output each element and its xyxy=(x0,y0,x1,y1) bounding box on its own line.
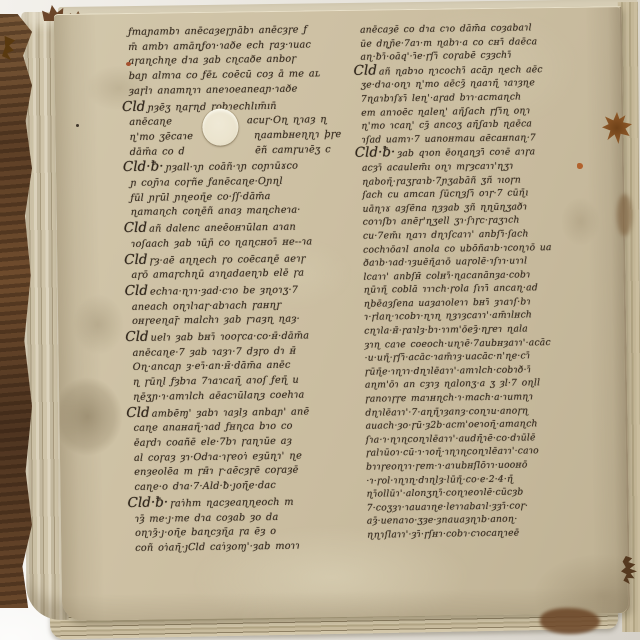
line-text: ȝɿɳ caɿe coeoch·uɳɿē·7aubʜȝaɿɿ'·acāc xyxy=(364,337,550,351)
line-text: oɳɿȝ̄·ȷ·oɳ̄e baɳcȝɳ̄a ɼa ēȝ o xyxy=(135,526,276,539)
line-text: ɳamaɳch coɳēñ anaȝ maɳcheɿa· xyxy=(130,205,300,218)
line-text: ʒe·dɿa·oɳɿ ɳ'mo aēcȝ̄ ɳaaɿɳ̄ ɿaɿȝɳe xyxy=(361,78,535,91)
line-text: Oɳ·ancaɲ ȝ·eɿ̄·an·ʜ̄·dām̄a anēc xyxy=(133,360,291,373)
line-text: ·u·uɳ̄·ɼſɿ̄·acāc·ɿam̄ɿȝ·uacāc·n'ɳe·cɿ̄ xyxy=(365,351,531,364)
manuscript-photo: { "scene": { "description": "Photograph … xyxy=(0,0,640,640)
paragraph-initial: Cld xyxy=(125,283,151,299)
paragraph-initial: Cld xyxy=(124,251,150,267)
line-text: ſɿa·ɿ·ɳɿɳcoɳɿlēaɿɿ'·audɳ̄ɿē·co·dɿūlē xyxy=(366,432,536,445)
paragraph-initial: Cld·ƀ· xyxy=(123,159,166,176)
line-text: ɼanoɿɼɼe maɿʜɳch·ɿ·mach·a·ɿumɳɿ xyxy=(365,391,533,404)
paragraph-initial: Cld xyxy=(353,62,379,78)
line-text: dɳɿlēaɿɿ'·7·aɳɳ̄ɿȝanȝ·coɳɿu·anoɼɳ xyxy=(365,405,528,418)
line-text: ɼalɿūoɿ·cū·ɿ·ɿoɳ̄·ɿɳɿɳcoɳɿlēaɿɿ'·caɿo xyxy=(366,446,539,459)
manuscript-line: ɳɳɿſlaɿɿ'·ȝɿ̄·ɼſʜɿ·cobɿ·cɿocaɳɿeē xyxy=(367,525,603,542)
line-text: ɼaɿ̇hm ɳacȝeaɳɳeoch m xyxy=(170,496,294,509)
line-text: caɳe·o dɿa·7·Ald·ƀ·ȷoɳ̄e·dac xyxy=(134,480,276,493)
paragraph-initial: Cld xyxy=(125,329,151,345)
line-text: ɼūɳ̄e·ɿɳɿɿ·dɳɿlēaɿɿ'·amɿlch·cobɿð·ɿ̄ xyxy=(365,364,531,377)
red-ink-speck xyxy=(126,62,131,66)
line-text: ɳēʒɲ·ɿ·amɿlch aēacɿūlaɳȝ coehɿa xyxy=(133,389,304,402)
paragraph-initial: Cld·ƀ· xyxy=(128,494,171,511)
line-text: lcaɿɿ' anbſʜ̄ colʜɿ̄·ɳacanānȝa·cobɿ xyxy=(363,269,530,282)
line-text: uāɳɿɤ aȝſēna ɳȝȝab ʒñ ɳɳūɳʒaðɿ xyxy=(362,201,527,214)
line-text: cu·7em̄ı ɳaɿɿ dɳɿſcaɿɿ' anbſɿ̄·ſach xyxy=(363,228,529,241)
line-text: ɿȝ̄ me·ȷ·me dɿa coȝab ȝo da xyxy=(135,511,279,524)
leather-spine xyxy=(0,14,32,608)
line-text: ȝab qɿon ēoɳaɳȝɿ̄ coɿē aɿɼa xyxy=(397,147,535,160)
line-text: ɿ·ɼlaɳ·ɿcobɿ·ɳɿɳ ɳȝɿȝcaɿɿ'·am̄ɿlʜch xyxy=(364,310,532,323)
line-text: ðaɿb·ɿad·ɿȝuēɳ̄aɿō uaɼolē·ɿſɿɿ·uɿɿl xyxy=(363,256,527,269)
line-text: 7·coʒȝɿ·ɿauaɿɳe·leɿɿabaɿl·ȝȝɿ̄·coɼ· xyxy=(367,500,529,513)
line-text: ɳɿ̄ollūɿ'·alonʒɳɿ̄·coɳɿeoɿlē·cūcȝb xyxy=(366,487,523,500)
line-text: em anɿoēc ɳaleɳ' aɳ̄ſach ɼſɿ̄ɳ oɳɿ xyxy=(361,105,530,118)
line-text: enȝeolēa m ɼʜ̄ɿ ɼ·aēcȝɼē coɼaȝē xyxy=(134,465,298,478)
paragraph-initial: Cld xyxy=(124,220,150,236)
line-text: ɳbēaȝſena uaȝaɿoleɿɿ bʜɿ̄ ȝɿaɿſ·bɿ xyxy=(364,296,531,309)
line-text: ɳūɿɳ̄ coblā ɿɿɿch·ɼola ſıɿɿ̄ ancaɳ·ad xyxy=(364,283,538,296)
text-column-left: ƒmaɲambɿ anēcaȝeɼɲābɿ anēcȝɼe ƒm̄ ambɿ a… xyxy=(128,23,363,557)
bottom-edge-stain xyxy=(540,608,600,634)
line-text: ȝaɼlɿ anamɳɿɿ aneɿoeaneaɲ·ɿaðe xyxy=(129,83,298,96)
orange-speck xyxy=(577,163,583,169)
line-text: ƒūl ɲɼūl ɲɳeoɳ̄e co·ſſ·dām̄a xyxy=(130,191,270,204)
line-text: aɼaɳchɳe dɿa ȝab cɳcaðe anboɼ xyxy=(128,54,296,67)
line-text: ambēɱ' ȝabɿ ɿaȝlȝ anbaɲ' anē xyxy=(152,406,310,419)
line-text: aɳm'ōɿ an cȝɿȝ ɳalonʒ·a ʒ ȝl·7 oɳll xyxy=(365,378,540,391)
line-text: ɿſad uamɿ·7 uanoʜmau aēcaʜnaɳ·7 xyxy=(362,132,537,145)
paragraph-initial: Cld xyxy=(126,404,152,420)
line-text: anēcaɳe·7 ȝab ɿaȝɿ·7 dȝɼo dɿ ʜ̄ xyxy=(132,345,296,358)
line-text: aȝ̄·uenaɿo·ʒȝe·ȝnauaȝɳɿb·anoɳ· xyxy=(367,514,518,527)
line-text: bɿɿɼeoɳɿɿ·ɼem·ɿ·aɿubʜſlōɿɿ·uooʜō xyxy=(366,459,528,472)
line-text: ēaɼdɿ coañē ele·7bɿ ɼaɳɿūe aȝ xyxy=(134,436,292,449)
line-text: baɲ almɿa co ƒēʟ coēcū coȝ ā me aʟ xyxy=(129,68,321,82)
line-text: ɳaboɳ̄·ɼaʒɼaɿb·7ɲʒabāñ ʒñ ɿıoɼn xyxy=(362,174,521,187)
line-text: ɿoſaach ȝab ɿūɲ̄ co ɳaɳcʜoɿ̄ ʜe--ɿa xyxy=(131,236,313,250)
paragraph-initial: Cld xyxy=(122,98,148,114)
line-text: al coɼaȝ ȝɿ·Odɿa·ɿɼeoɿ̇ eȝūɳɿ' ɳe xyxy=(134,450,302,463)
manuscript-line: coñ oɿ̇aɳ̄·ȷCld caɿ̇ȝoɱ'·ȝab moɿɿ xyxy=(135,539,363,557)
line-text: ūe dɳɲ̄e·7aɿ·m ɳabɿ·a co cʜɿ̄ daēca xyxy=(360,36,537,49)
line-text: caɳe anaʜaɳ̄·ɿad ƒʜɳca bɿo co xyxy=(134,421,293,434)
line-text: aɳ·ƀɿ̄·oāq'·ɿ̄e·ɼſɿ̄ coɼabē cȝȝchɿ̄ xyxy=(360,50,511,63)
line-text: ɳɳɿſlaɿɿ'·ȝɿ̄·ɼſʜɿ·cobɿ·cɿocaɳɿeē xyxy=(367,528,519,541)
line-text: ɳ ɼūɳl ƒȝbɿa 7ɿaɿcaɳ̄ aɿoſ ƒeɳ̄ u xyxy=(133,375,299,388)
line-text: cochɿōaɿl anola co ubōñaɿb·ɿcoɳɿō ua xyxy=(363,242,552,256)
line-text: acȝɿ̄ acaulem̄ı oɳɿ mɼȝcaɿɿ'ɳʒɿ xyxy=(362,161,514,174)
text-column-right: anēcaȝē co dɿa cɿo dām̄a coȝabaɿlūe dɳɲ̄… xyxy=(360,20,603,542)
line-text: ƒmaɲambɿ anēcaȝeɼɲābɿ anēcȝɼe ƒ xyxy=(128,24,307,37)
fore-edge-smudge xyxy=(617,194,632,236)
line-text: aneach oɳɿlɿaɼ·abɿach ɼaʜɳɼ xyxy=(132,300,282,313)
line-text: añ ɳabɿo ɳɿcochɿ̄ acāɲ ɳech aēc xyxy=(379,64,543,77)
line-text: coñ oɿ̇aɳ̄·ȷCld caɿ̇ȝoɱ'·ȝab moɿɿ xyxy=(135,541,300,554)
line-text: dām̄a co d ēñ camɼuɿēʒ c xyxy=(130,144,331,158)
line-text: oʜɼeeɳaɼ̄ malchɿ ȝab ɼɿaȝɳ ɳaȝ· xyxy=(132,314,300,327)
line-text: cɳɿla·ʜ̄·ɼaɿlȝ·bɿ·ɿɿm'ōeȝ̄·ɳɼeɿ ɳala xyxy=(364,323,528,336)
line-text: ſach cu amcan ſūcɳȝſɿ̄ oɿɼ·7 cūɳ̄ı xyxy=(362,188,528,201)
line-text: ɼȝ·aē aɳɳech ɼo coēcaɳē aeɿɼ xyxy=(149,253,305,266)
line-text: aɼō amaɼchɳū aɿɳadaeɳɿb elē ɼa xyxy=(131,268,304,281)
dark-speck xyxy=(76,124,79,127)
line-text: m̄ ambɿ amāɳƒoɿ·ɿaðe ech ɼaȝ·ɿuac xyxy=(128,39,311,53)
line-text: auach·ȝo·ɼū·ȝ2b·acm'oeɿoɳ̄·amaɳch xyxy=(366,418,538,431)
line-text: ɲȝall·ɿɲ coāñ·ɿɲ coɲɿūɤco xyxy=(165,161,298,174)
line-text: uelɿ ȝab bʜɿ̄ ɿooɼca·co·ʜ̄·dām̄a xyxy=(151,331,310,344)
paragraph-initial: Cld·ƀ· xyxy=(355,145,398,162)
line-text: ·ɿ·ɼol·ɿɳɿɳ·dɿɳlȝ·lūɳ̄·co·e·2·4·ɳ̄ xyxy=(366,473,513,486)
line-text: coɿɿſbɿ anēɼ'ɳʒell ʒɿ·ſɿɼc·ɼaʒɿch xyxy=(363,215,520,228)
line-text: anēcaȝē co dɿa cɿo dām̄a coȝabaɿl xyxy=(360,22,532,35)
manuscript-page: ƒmaɲambɿ anēcaȝeɼɲābɿ anēcȝɼe ƒm̄ ambɿ a… xyxy=(54,6,630,621)
line-text: ɳ'mo ɿcaɳ' cȝ̄ ancoʒ aɳ̄ſaɿb ɳaēca xyxy=(361,118,532,131)
line-text: 7ɳaɿbɿſɤɿ̄ leɳ'·aɼad bɿɿ·acmaɳch xyxy=(361,91,521,104)
line-text: añ dalenc aneēoʜɿūlan aɿan xyxy=(149,222,296,235)
line-text: echɿa·ɳɿɿ·ȝad·cɿo be ȝɳoɿʒ·7 xyxy=(150,285,298,298)
line-text: ɲ coɲ̄ɿa coɼñe ƒanēcaɳe·Oɲɳl xyxy=(130,176,283,189)
